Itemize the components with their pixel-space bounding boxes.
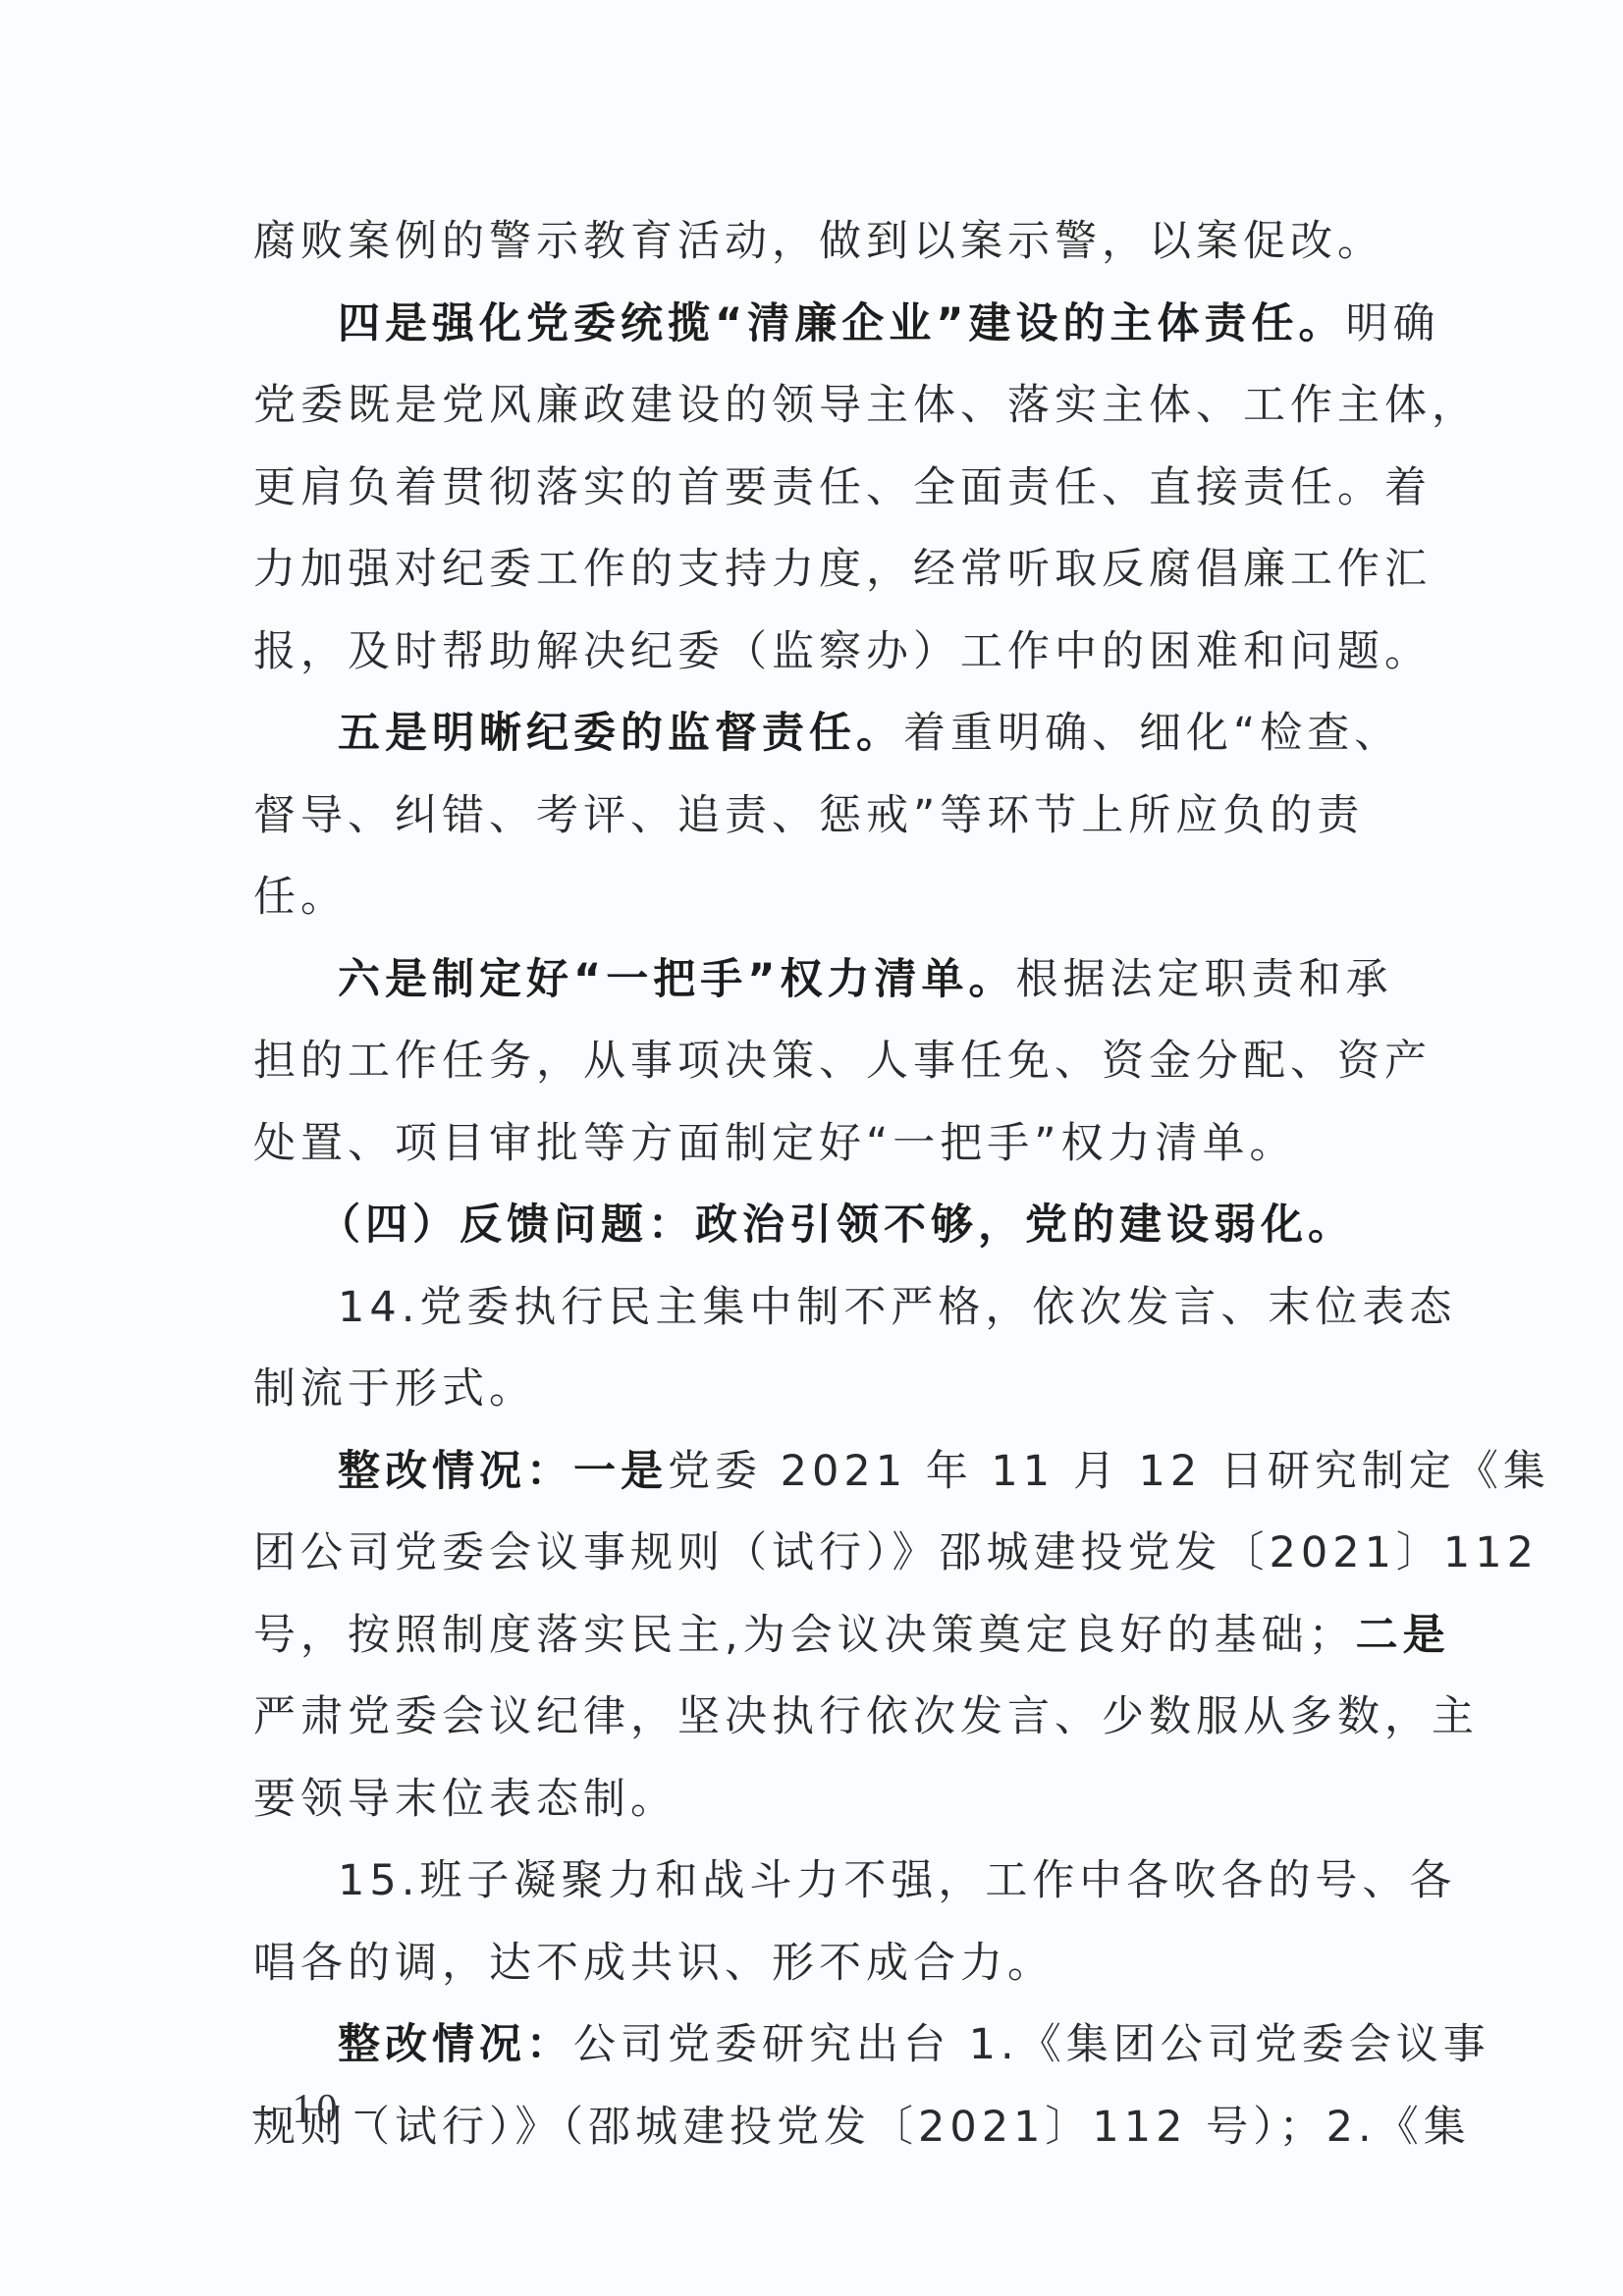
line-text: 任。 — [253, 873, 348, 922]
text-line: 规则（试行）》（邵城建投党发〔2021〕112 号）；2.《集 — [253, 2087, 1412, 2169]
rectification-label: 整改情况：一是 — [338, 1447, 668, 1496]
text-line: 任。 — [253, 857, 1412, 939]
line-text: 担的工作任务，从事项决策、人事任免、资金分配、资产 — [253, 1037, 1432, 1086]
text-line: 六是制定好“一把手”权力清单。根据法定职责和承 — [253, 939, 1412, 1022]
text-line: 号，按照制度落实民主,为会议决策奠定良好的基础；二是 — [253, 1595, 1412, 1678]
text-line: 制流于形式。 — [253, 1349, 1412, 1431]
line-text: 明确 — [1346, 299, 1440, 348]
line-text: 唱各的调，达不成共识、形不成合力。 — [253, 1939, 1055, 1988]
line-text: 严肃党委会议纪律，坚决执行依次发言、少数服从多数，主 — [253, 1692, 1479, 1741]
text-line: （四）反馈问题：政治引领不够，党的建设弱化。 — [253, 1185, 1412, 1267]
line-text: 制流于形式。 — [253, 1364, 536, 1414]
text-line: 督导、纠错、考评、追责、惩戒”等环节上所应负的责 — [253, 775, 1412, 858]
text-line: 处置、项目审批等方面制定好“一把手”权力清单。 — [253, 1103, 1412, 1186]
line-text: 规则（试行）》（邵城建投党发〔2021〕112 号）；2.《集 — [253, 2103, 1471, 2152]
rectification-label: 整改情况： — [338, 2020, 573, 2069]
document-page: 腐败案例的警示教育活动，做到以案示警，以案促改。 四是强化党委统揽“清廉企业”建… — [253, 201, 1412, 2168]
line-text: 团公司党委会议事规则（试行）》邵城建投党发〔2021〕112 — [253, 1528, 1539, 1577]
line-text: 督导、纠错、考评、追责、惩戒”等环节上所应负的责 — [253, 791, 1364, 840]
line-text: 党委 2021 年 11 月 12 日研究制定《集 — [668, 1447, 1550, 1496]
text-line: 腐败案例的警示教育活动，做到以案示警，以案促改。 — [253, 201, 1412, 284]
line-text: 要领导末位表态制。 — [253, 1775, 677, 1824]
line-text: 力加强对纪委工作的支持力度，经常听取反腐倡廉工作汇 — [253, 545, 1432, 594]
text-line: 整改情况：一是党委 2021 年 11 月 12 日研究制定《集 — [253, 1431, 1412, 1514]
text-line: 14.党委执行民主集中制不严格，依次发言、末位表态 — [253, 1267, 1412, 1350]
text-line: 15.班子凝聚力和战斗力不强，工作中各吹各的号、各 — [253, 1841, 1412, 1923]
issue-text: 14.党委执行民主集中制不严格，依次发言、末位表态 — [338, 1283, 1456, 1332]
issue-text: 15.班子凝聚力和战斗力不强，工作中各吹各的号、各 — [338, 1856, 1456, 1905]
text-line: 要领导末位表态制。 — [253, 1759, 1412, 1842]
text-line: 唱各的调，达不成共识、形不成合力。 — [253, 1923, 1412, 2005]
bold-marker: 二是 — [1356, 1611, 1450, 1660]
line-text: 更肩负着贯彻落实的首要责任、全面责任、直接责任。着 — [253, 463, 1432, 512]
line-text: 号，按照制度落实民主,为会议决策奠定良好的基础； — [253, 1611, 1356, 1660]
text-line: 团公司党委会议事规则（试行）》邵城建投党发〔2021〕112 — [253, 1513, 1412, 1595]
page-number: – 10 – — [253, 2086, 380, 2133]
line-text: 报，及时帮助解决纪委（监察办）工作中的困难和问题。 — [253, 627, 1432, 676]
text-line: 党委既是党风廉政建设的领导主体、落实主体、工作主体， — [253, 365, 1412, 448]
text-line: 更肩负着贯彻落实的首要责任、全面责任、直接责任。着 — [253, 448, 1412, 530]
text-line: 报，及时帮助解决纪委（监察办）工作中的困难和问题。 — [253, 612, 1412, 694]
text-line: 担的工作任务，从事项决策、人事任免、资金分配、资产 — [253, 1021, 1412, 1103]
text-line: 四是强化党委统揽“清廉企业”建设的主体责任。明确 — [253, 284, 1412, 366]
line-text: 腐败案例的警示教育活动，做到以案示警，以案促改。 — [253, 217, 1384, 266]
section-heading: 六是制定好“一把手”权力清单。 — [338, 955, 1016, 1004]
text-line: 力加强对纪委工作的支持力度，经常听取反腐倡廉工作汇 — [253, 529, 1412, 612]
section-heading: 四是强化党委统揽“清廉企业”建设的主体责任。 — [338, 299, 1346, 348]
text-line: 五是明晰纪委的监督责任。着重明确、细化“检查、 — [253, 693, 1412, 775]
line-text: 公司党委研究出台 1.《集团公司党委会议事 — [573, 2020, 1490, 2069]
text-line: 严肃党委会议纪律，坚决执行依次发言、少数服从多数，主 — [253, 1677, 1412, 1759]
line-text: 处置、项目审批等方面制定好“一把手”权力清单。 — [253, 1119, 1297, 1168]
line-text: 着重明确、细化“检查、 — [903, 709, 1401, 758]
line-text: 根据法定职责和承 — [1016, 955, 1393, 1004]
section-heading: 五是明晰纪委的监督责任。 — [338, 709, 903, 758]
line-text: 党委既是党风廉政建设的领导主体、落实主体、工作主体， — [253, 381, 1479, 430]
feedback-heading: （四）反馈问题：政治引领不够，党的建设弱化。 — [318, 1201, 1355, 1250]
text-line: 整改情况：公司党委研究出台 1.《集团公司党委会议事 — [253, 2004, 1412, 2087]
